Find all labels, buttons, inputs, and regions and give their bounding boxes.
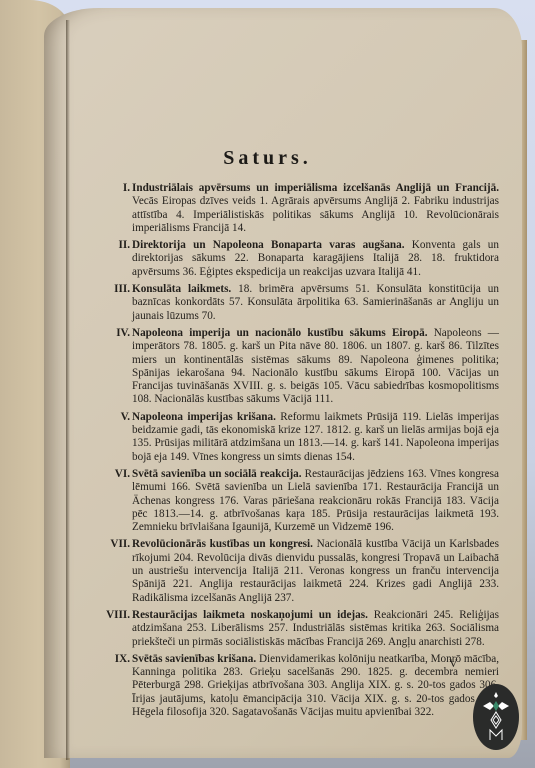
toc-entry-5: V. Napoleona imperijas krišana. Reformu … [104, 411, 499, 464]
chapter-number: VI. [104, 468, 130, 481]
toc-entry-8: VIII. Restaurācijas laikmeta noskaņojumi… [104, 609, 499, 649]
chapter-heading: Industriālais apvērsums un imperiālisma … [132, 182, 499, 194]
book-gutter-shadow [66, 20, 70, 760]
chapter-heading: Revolūcionārās kustības un kongresi. [132, 538, 317, 550]
toc-entry-7: VII. Revolūcionārās kustības un kongresi… [104, 538, 499, 604]
chapter-contents: Vecās Eiropas dzīves veids 1. Agrārais a… [132, 195, 499, 234]
chapter-heading: Svētās savienības krišana. [132, 653, 259, 665]
page-title: Saturs. [0, 147, 535, 170]
chapter-number: I. [104, 182, 130, 195]
toc-entry-4: IV. Napoleona imperija un nacionālo kust… [104, 327, 499, 407]
chapter-heading: Konsulāta laikmets. [132, 283, 238, 295]
watermark-badge [473, 684, 519, 750]
chapter-heading: Direktorija un Napoleona Bonaparta varas… [132, 239, 412, 251]
chapter-heading: Napoleona imperijas krišana. [132, 411, 280, 423]
chapter-heading: Restaurācijas laikmeta noskaņojumi un id… [132, 609, 374, 621]
chapter-number: III. [104, 283, 130, 296]
chapter-heading: Napoleona imperija un nacionālo kustību … [132, 327, 434, 339]
chapter-number: VII. [104, 538, 130, 551]
toc-entry-2: II. Direktorija un Napoleona Bonaparta v… [104, 239, 499, 279]
chapter-number: II. [104, 239, 130, 252]
chapter-number: IV. [104, 327, 130, 340]
chapter-number: V. [104, 411, 130, 424]
toc-entry-3: III. Konsulāta laikmets. 18. brimēra apv… [104, 283, 499, 323]
page-number: V [449, 656, 458, 671]
chapter-number: IX. [104, 653, 130, 666]
folk-ornament-m-logo-icon [473, 684, 519, 750]
chapter-number: VIII. [104, 609, 130, 622]
toc-entry-1: I. Industriālais apvērsums un imperiālis… [104, 182, 499, 235]
toc-entry-6: VI. Svētā savienība un sociālā reakcija.… [104, 468, 499, 534]
chapter-heading: Svētā savienība un sociālā reakcija. [132, 468, 305, 480]
toc-entry-9: IX. Svētās savienības krišana. Dienvidam… [104, 653, 499, 719]
table-of-contents: I. Industriālais apvērsums un imperiālis… [104, 182, 499, 723]
